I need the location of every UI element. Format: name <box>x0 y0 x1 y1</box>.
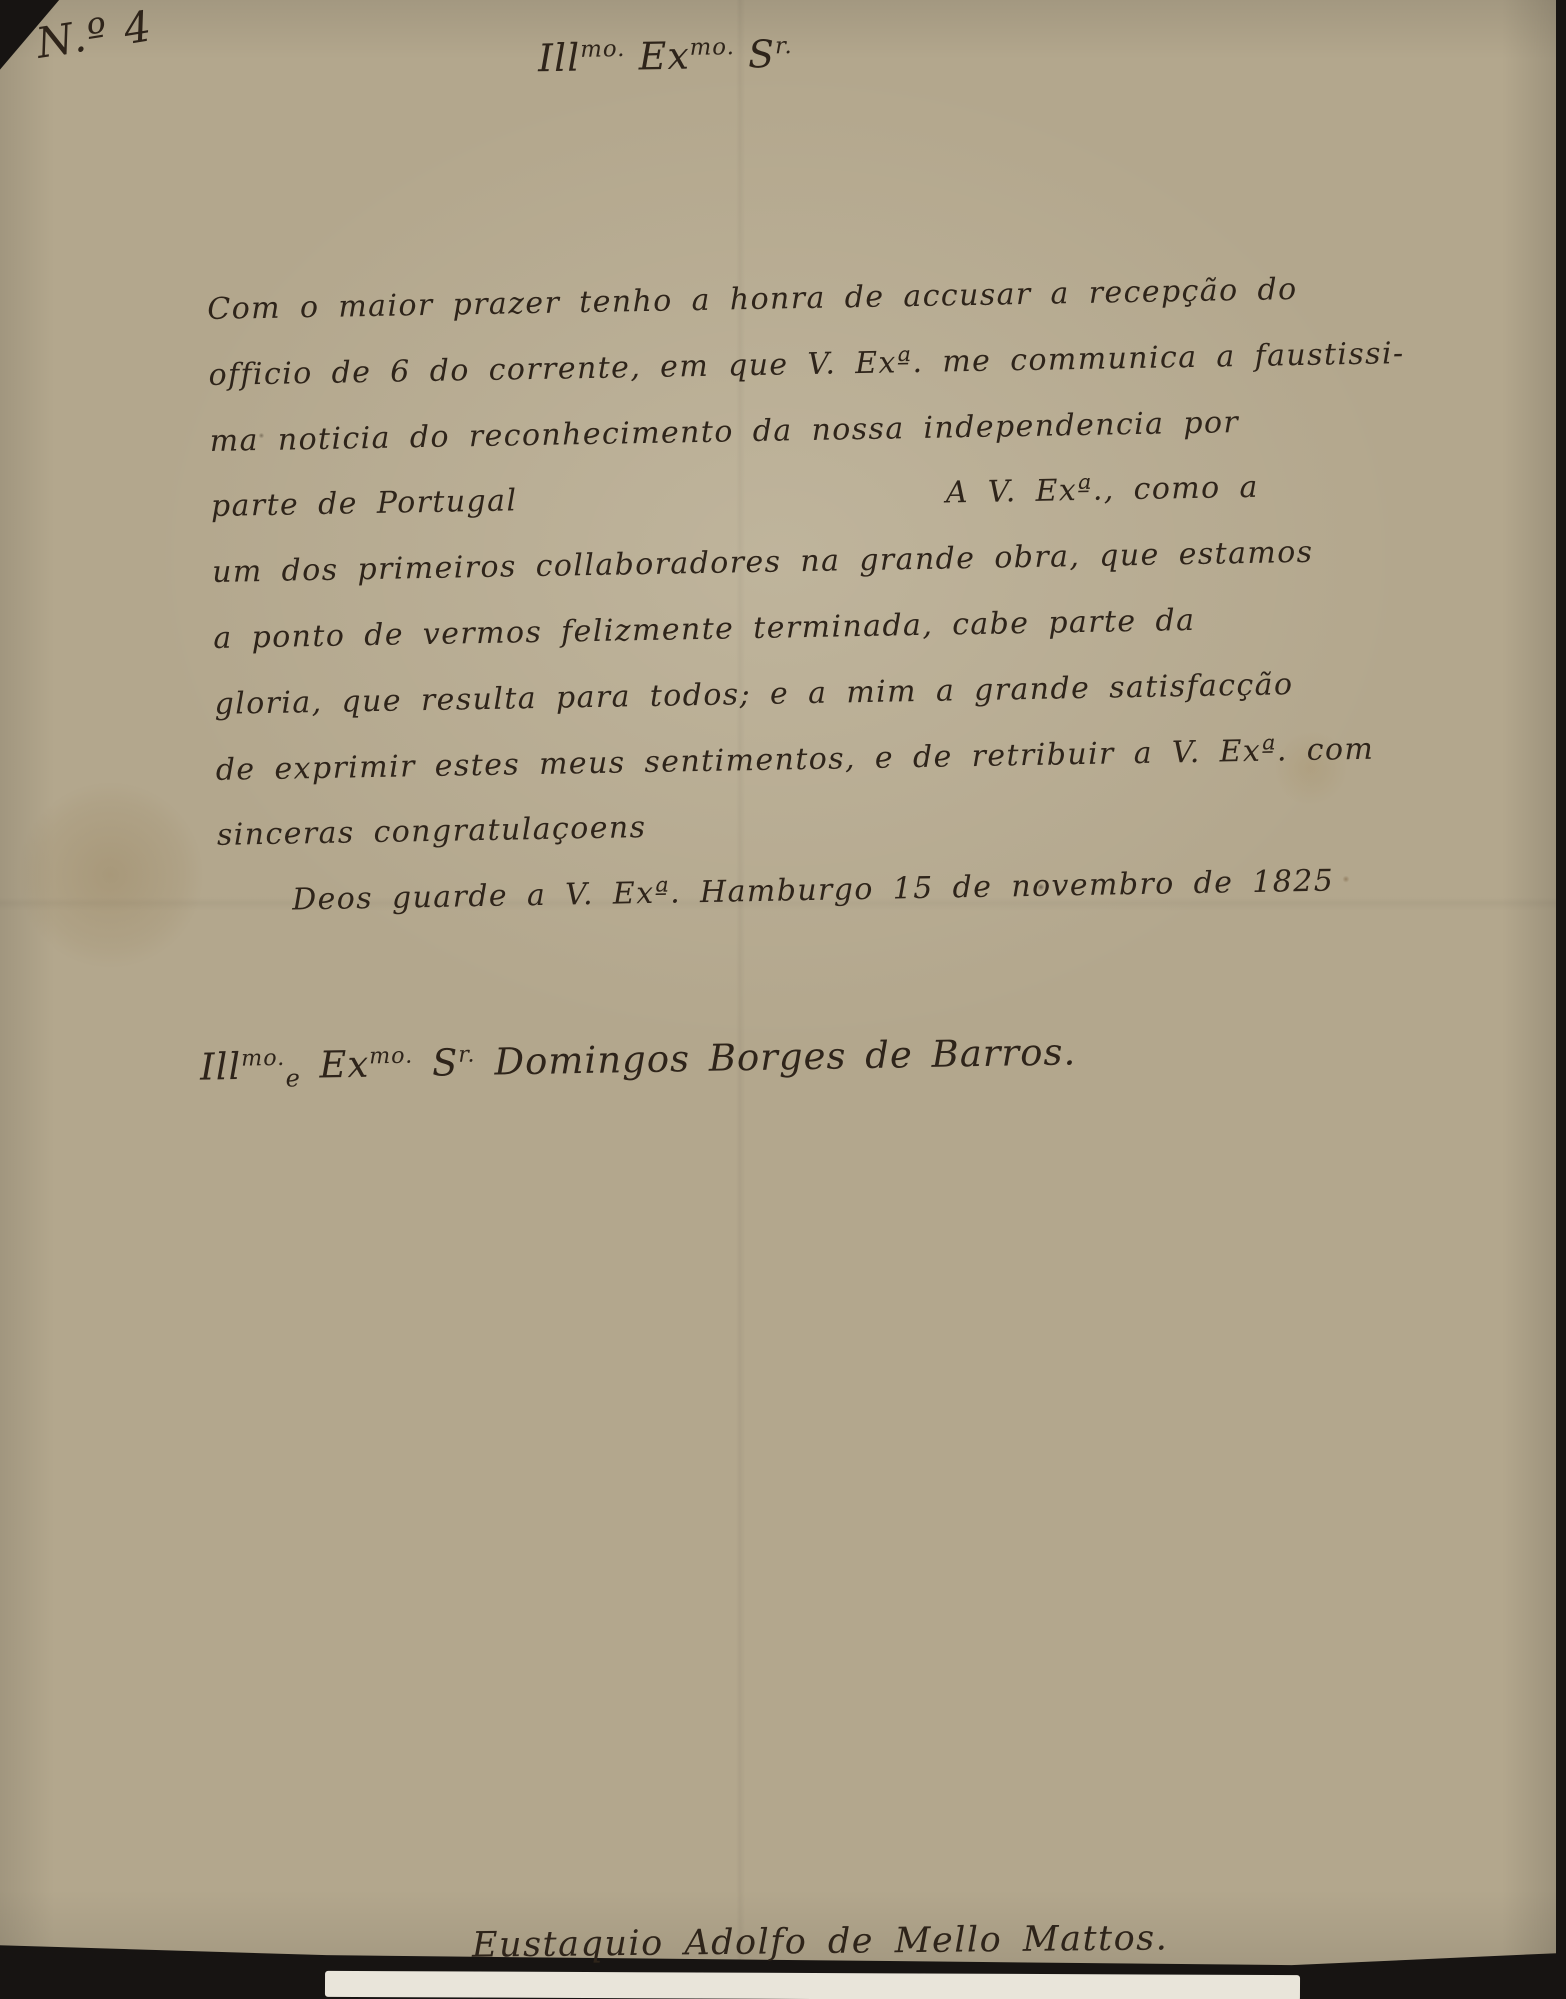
addressee-superscript: mo. <box>369 1043 414 1070</box>
salutation-text: Ex <box>625 34 690 79</box>
addressee-subscript: e <box>285 1064 301 1092</box>
addressee-superscript: r. <box>458 1042 476 1068</box>
addressee-text: Ex <box>300 1043 369 1087</box>
salutation-superscript: mo. <box>689 34 735 61</box>
signature: Eustaquio Adolfo de Mello Mattos. <box>472 1918 1169 1965</box>
under-sheet-edge <box>325 1971 1300 1999</box>
letter-body: Com o maior prazer tenho a honra de accu… <box>207 273 1267 950</box>
body-line-right: A V. Exª., como a <box>946 470 1260 542</box>
body-line-left: parte de Portugal <box>211 484 519 555</box>
salutation-text: Ill <box>538 35 581 80</box>
salutation-text: S <box>735 32 776 77</box>
addressee-text: S <box>413 1041 459 1085</box>
addressee-superscript: mo. <box>241 1045 286 1072</box>
salutation-superscript: mo. <box>580 36 626 63</box>
addressee-text: Ill <box>200 1045 242 1089</box>
salutation-superscript: r. <box>775 33 793 59</box>
letter-photograph: N.º 4 Illmo. Exmo. Sr. Com o maior praze… <box>0 0 1566 1999</box>
salutation: Illmo. Exmo. Sr. <box>538 32 793 80</box>
addressee-name: Domingos Borges de Barros. <box>475 1030 1076 1083</box>
